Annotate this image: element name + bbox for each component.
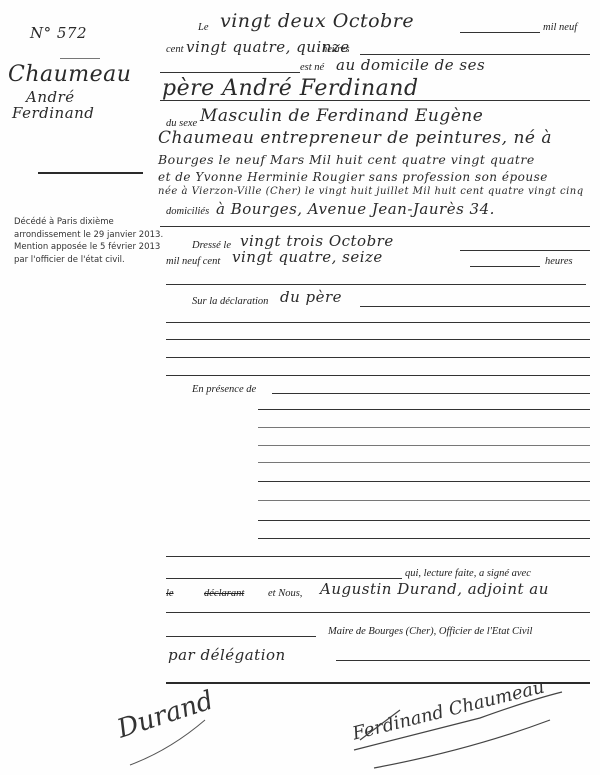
label-heures-2: heures [545,256,573,267]
mother-birth: née à Vierzon-Ville (Cher) le vingt huit… [158,186,584,197]
rule [160,72,300,73]
rule [460,32,540,33]
rule [166,339,590,340]
rule [258,481,590,482]
declarant: du père [280,288,342,306]
label-heures: heures [322,44,350,55]
rule [258,445,590,446]
rule [258,500,590,501]
father-surname-occupation: Chaumeau entrepreneur de peintures, né à [158,128,552,148]
mother-name: et de Yvonne Herminie Rougier sans profe… [158,170,548,184]
label-declarant: déclarant [204,588,244,599]
drawn-up-year-hour: vingt quatre, seize [232,248,383,266]
birth-record-page: N° 572 Chaumeau André Ferdinand Décédé à… [0,0,600,775]
date-day-month: vingt deux Octobre [220,10,414,32]
margin-death-annotation: Décédé à Paris dixième arrondissement le… [14,216,174,266]
label-dresse-le: Dressé le [192,240,231,251]
rule [258,427,590,428]
rule [166,375,590,376]
label-et-nous: et Nous, [268,588,302,599]
rule [258,520,590,521]
rule [166,636,316,637]
annotation-line: par l'officier de l'état civil. [14,254,174,267]
rule [460,250,590,251]
rule [166,556,590,557]
label-le: Le [198,22,209,33]
margin-first-name-2: Ferdinand [12,104,94,122]
by-delegation: par délégation [168,646,286,664]
label-domicilies: domiciliés [166,206,209,217]
margin-surname: Chaumeau [8,62,131,87]
margin-divider [60,58,100,59]
annotation-line: Mention apposée le 5 février 2013 [14,241,174,254]
father-birth: Bourges le neuf Mars Mil huit cent quatr… [158,152,535,167]
rule [258,538,590,539]
rule [166,612,590,613]
rule [336,660,590,661]
birth-place-cont: père André Ferdinand [162,76,419,101]
birth-place: au domicile de ses [336,56,485,74]
label-sur-la-declaration: Sur la déclaration [192,296,268,307]
rule [166,284,586,285]
label-en-presence-de: En présence de [192,384,256,395]
margin-rule [38,172,143,174]
rule [360,306,590,307]
signature-flourish [330,680,570,775]
rule [258,409,590,410]
signature-flourish-left [110,710,220,770]
rule [160,100,590,101]
annotation-line: arrondissement le 29 janvier 2013. [14,229,174,242]
label-cent: cent [166,44,184,55]
rule [258,462,590,463]
act-number: N° 572 [30,24,87,42]
rule [166,578,402,579]
rule [160,226,590,227]
sex-father: Masculin de Ferdinand Eugène [200,106,483,126]
rule [166,357,590,358]
rule [166,322,590,323]
annotation-line: Décédé à Paris dixième [14,216,174,229]
label-mil-neuf: mil neuf [543,22,577,33]
rule [360,54,590,55]
label-mil-neuf-cent: mil neuf cent [166,256,220,267]
address: à Bourges, Avenue Jean-Jaurès 34. [216,200,495,218]
rule [272,393,590,394]
label-est-ne: est né [300,62,324,73]
label-le-struck: le [166,588,174,599]
label-lecture-faite: qui, lecture faite, a signé avec [405,568,531,579]
rule [470,266,540,267]
label-maire: Maire de Bourges (Cher), Officier de l'E… [328,626,532,637]
officer-name: Augustin Durand, adjoint au [320,580,549,598]
